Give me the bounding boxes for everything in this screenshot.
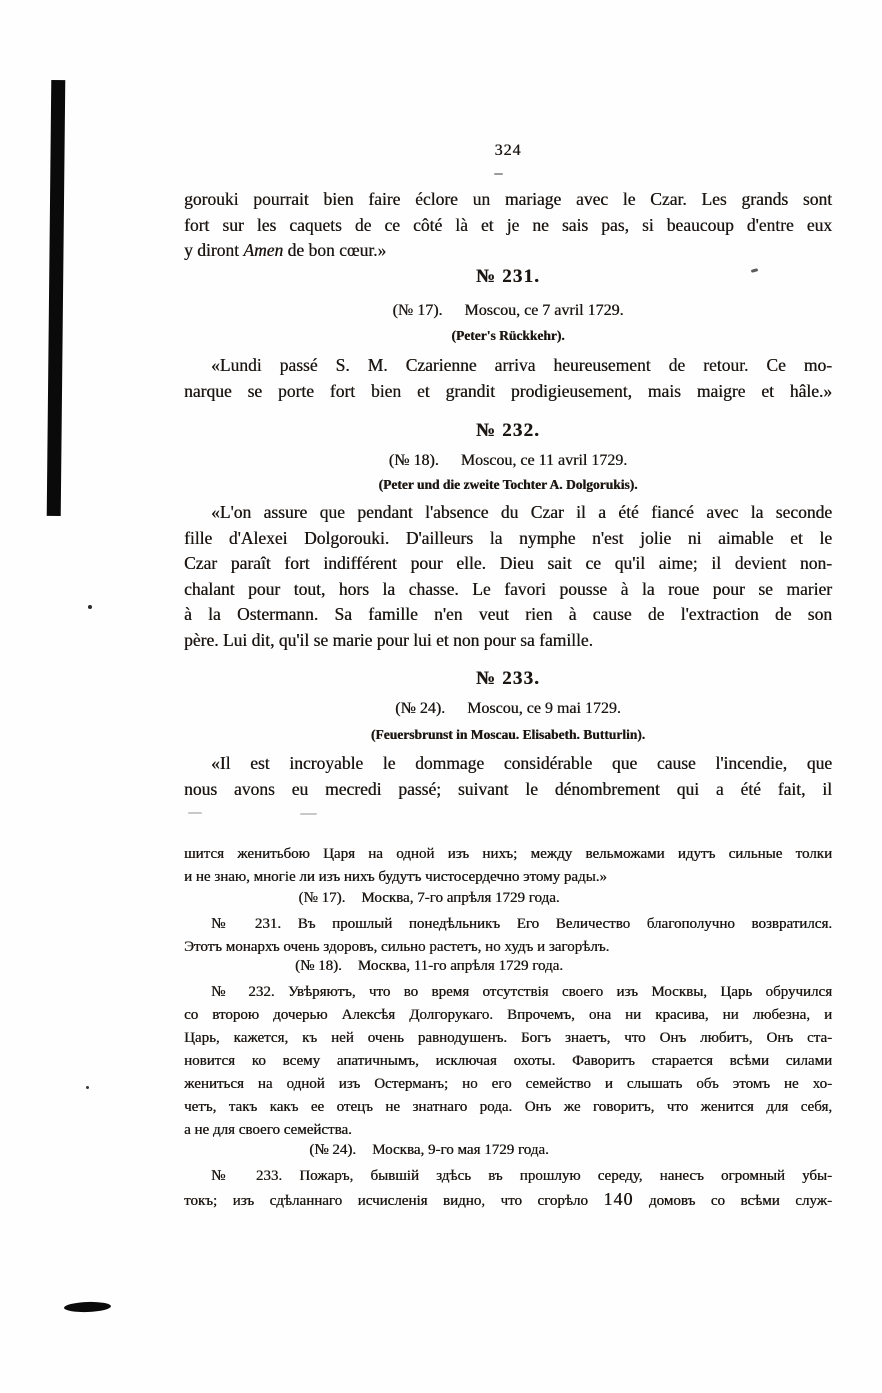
entry-232-subject: (Peter und die zweite Tochter A. Dolgoru… <box>184 477 832 493</box>
italic-word: Amen <box>243 240 283 260</box>
text-line: № 231. Въ прошлый понедѣльникъ Его Велич… <box>184 913 832 936</box>
dateline-ref: (№ 17). <box>298 890 345 906</box>
text-line: «Il est incroyable le dommage considérab… <box>184 751 832 777</box>
text-line: «Lundi passé S. M. Czarienne arriva heur… <box>184 353 832 379</box>
text-line: père. Lui dit, qu'il se marie pour lui e… <box>184 628 832 654</box>
dateline-ref: (№ 24). <box>309 1142 356 1158</box>
scan-artifact-smudge <box>494 173 503 175</box>
footnote-231-text: № 231. Въ прошлый понедѣльникъ Его Велич… <box>184 913 832 959</box>
text-segment: домовъ со всѣми служ- <box>633 1193 832 1209</box>
text-line: «L'on assure que pendant l'absence du Cz… <box>184 500 832 526</box>
entry-231-heading: № 231. <box>184 266 832 288</box>
dateline-ref: (№ 24). <box>395 700 445 717</box>
house-count: 140 <box>603 1189 633 1209</box>
scan-artifact-binding-bar <box>47 80 66 516</box>
text-line: № 232. Увѣряютъ, что во время отсутствія… <box>184 981 832 1004</box>
text-line: fort sur les caquets de ce côté là et je… <box>184 213 832 239</box>
footnote-232-dateline: (№ 18).Москва, 11-го апрѣля 1729 года. <box>184 958 674 975</box>
text-line: жениться на одной изъ Остерманъ; но его … <box>184 1073 832 1096</box>
footnote-continuation: шится женитьбою Царя на одной изъ нихъ; … <box>184 843 832 889</box>
page-number: 324 <box>184 142 832 160</box>
entry-232-dateline: (№ 18).Moscou, ce 11 avril 1729. <box>184 452 832 470</box>
dateline-place: Москва, 11-го апрѣля 1729 года. <box>358 958 563 974</box>
dateline-ref: (№ 17). <box>393 302 443 319</box>
text-line: токъ; изъ сдѣланнаго исчисленія видно, ч… <box>184 1188 832 1213</box>
scan-artifact-smudge <box>188 812 202 814</box>
intro-paragraph: gorouki pourrait bien faire éclore un ma… <box>184 187 832 264</box>
dateline-place: Москва, 9-го мая 1729 года. <box>372 1142 549 1158</box>
text-line: и не знаю, многіе ли изъ нихъ будутъ чис… <box>184 866 832 889</box>
entry-233-heading: № 233. <box>184 668 832 690</box>
entry-233-body: «Il est incroyable le dommage considérab… <box>184 751 832 802</box>
dateline-place: Moscou, ce 9 mai 1729. <box>467 700 621 717</box>
dateline-place: Москва, 7-го апрѣля 1729 года. <box>361 890 559 906</box>
text-line: Czar paraît fort indifférent pour elle. … <box>184 551 832 577</box>
text-segment: y diront <box>184 240 243 260</box>
footnote-233-text: № 233. Пожаръ, бывшій здѣсь въ прошлую с… <box>184 1165 832 1213</box>
scan-artifact-smudge <box>300 813 317 815</box>
text-line: а не для своего семейства. <box>184 1119 832 1142</box>
text-line: шится женитьбою Царя на одной изъ нихъ; … <box>184 843 832 866</box>
scan-artifact-speck <box>88 605 92 609</box>
entry-233-dateline: (№ 24).Moscou, ce 9 mai 1729. <box>184 700 832 718</box>
text-segment: de bon cœur.» <box>283 240 386 260</box>
entry-233-subject: (Feuersbrunst in Moscau. Elisabeth. Butt… <box>184 727 832 743</box>
text-line: четъ, такъ какъ ее отецъ не знатнаго род… <box>184 1096 832 1119</box>
dateline-place: Moscou, ce 7 avril 1729. <box>464 302 623 319</box>
dateline-ref: (№ 18). <box>389 452 439 469</box>
entry-231-body: «Lundi passé S. M. Czarienne arriva heur… <box>184 353 832 404</box>
entry-231-dateline: (№ 17).Moscou, ce 7 avril 1729. <box>184 302 832 320</box>
scan-artifact-speck <box>86 1086 89 1089</box>
footnote-232-text: № 232. Увѣряютъ, что во время отсутствія… <box>184 981 832 1142</box>
text-line: новится ко всему апатичнымъ, исключая ох… <box>184 1050 832 1073</box>
text-segment: токъ; изъ сдѣланнаго исчисленія видно, ч… <box>184 1193 603 1209</box>
entry-231-subject: (Peter's Rückkehr). <box>184 328 832 344</box>
scanned-book-page: { "page": { "number": "324" }, "intro": … <box>0 0 882 1393</box>
text-line: № 233. Пожаръ, бывшій здѣсь въ прошлую с… <box>184 1165 832 1188</box>
entry-232-body: «L'on assure que pendant l'absence du Cz… <box>184 500 832 653</box>
footnote-231-dateline: (№ 17).Москва, 7-го апрѣля 1729 года. <box>184 890 674 907</box>
text-line: fille d'Alexei Dolgorouki. D'ailleurs la… <box>184 526 832 552</box>
dateline-place: Moscou, ce 11 avril 1729. <box>461 452 627 469</box>
text-line: nous avons eu mecredi passé; suivant le … <box>184 777 832 803</box>
text-line: со второю дочерью Алексѣя Долгорукаго. В… <box>184 1004 832 1027</box>
text-line: gorouki pourrait bien faire éclore un ma… <box>184 187 832 213</box>
footnote-233-dateline: (№ 24).Москва, 9-го мая 1729 года. <box>184 1142 674 1159</box>
text-line: Этотъ монархъ очень здоровъ, сильно раст… <box>184 936 832 959</box>
text-line: y diront Amen de bon cœur.» <box>184 238 832 264</box>
text-line: Царь, кажется, къ ней очень равнодушенъ.… <box>184 1027 832 1050</box>
dateline-ref: (№ 18). <box>295 958 342 974</box>
entry-232-heading: № 232. <box>184 420 832 442</box>
scan-artifact-ink-blob <box>64 1301 111 1313</box>
text-line: chalant pour tout, hors la chasse. Le fa… <box>184 577 832 603</box>
text-line: narque se porte fort bien et grandit pro… <box>184 379 832 405</box>
text-line: à la Ostermann. Sa famille n'en veut rie… <box>184 602 832 628</box>
